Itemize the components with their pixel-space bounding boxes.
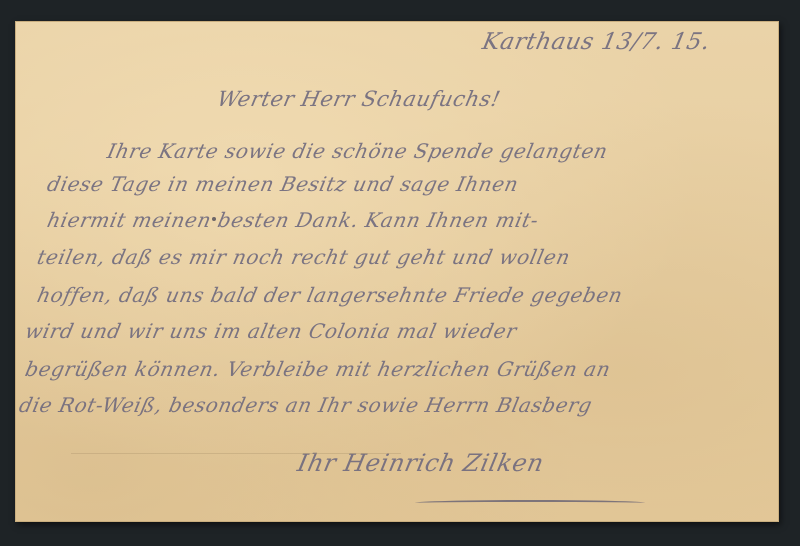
body-line-7: begrüßen können. Verbleibe mit herzliche… (23, 357, 613, 381)
place-date: Karthaus 13/7. 15. (480, 29, 713, 55)
body-line-6: wird und wir uns im alten Colonia mal wi… (23, 319, 519, 343)
body-line-4: teilen, daß es mir noch recht gut geht u… (35, 245, 573, 269)
body-line-1: Ihre Karte sowie die schöne Spende gelan… (105, 139, 610, 163)
signature-underline (415, 500, 645, 514)
ink-spot (212, 217, 216, 221)
body-line-3: hiermit meinen besten Dank. Kann Ihnen m… (45, 208, 541, 232)
postcard: Karthaus 13/7. 15. Werter Herr Schaufuch… (15, 21, 779, 522)
body-line-8: die Rot-Weiß, besonders an Ihr sowie Her… (17, 393, 595, 417)
body-line-5: hoffen, daß uns bald der langersehnte Fr… (35, 283, 625, 307)
body-line-2: diese Tage in meinen Besitz und sage Ihn… (45, 172, 521, 196)
salutation: Werter Herr Schaufuchs! (215, 87, 503, 111)
signature: Ihr Heinrich Zilken (295, 449, 547, 477)
